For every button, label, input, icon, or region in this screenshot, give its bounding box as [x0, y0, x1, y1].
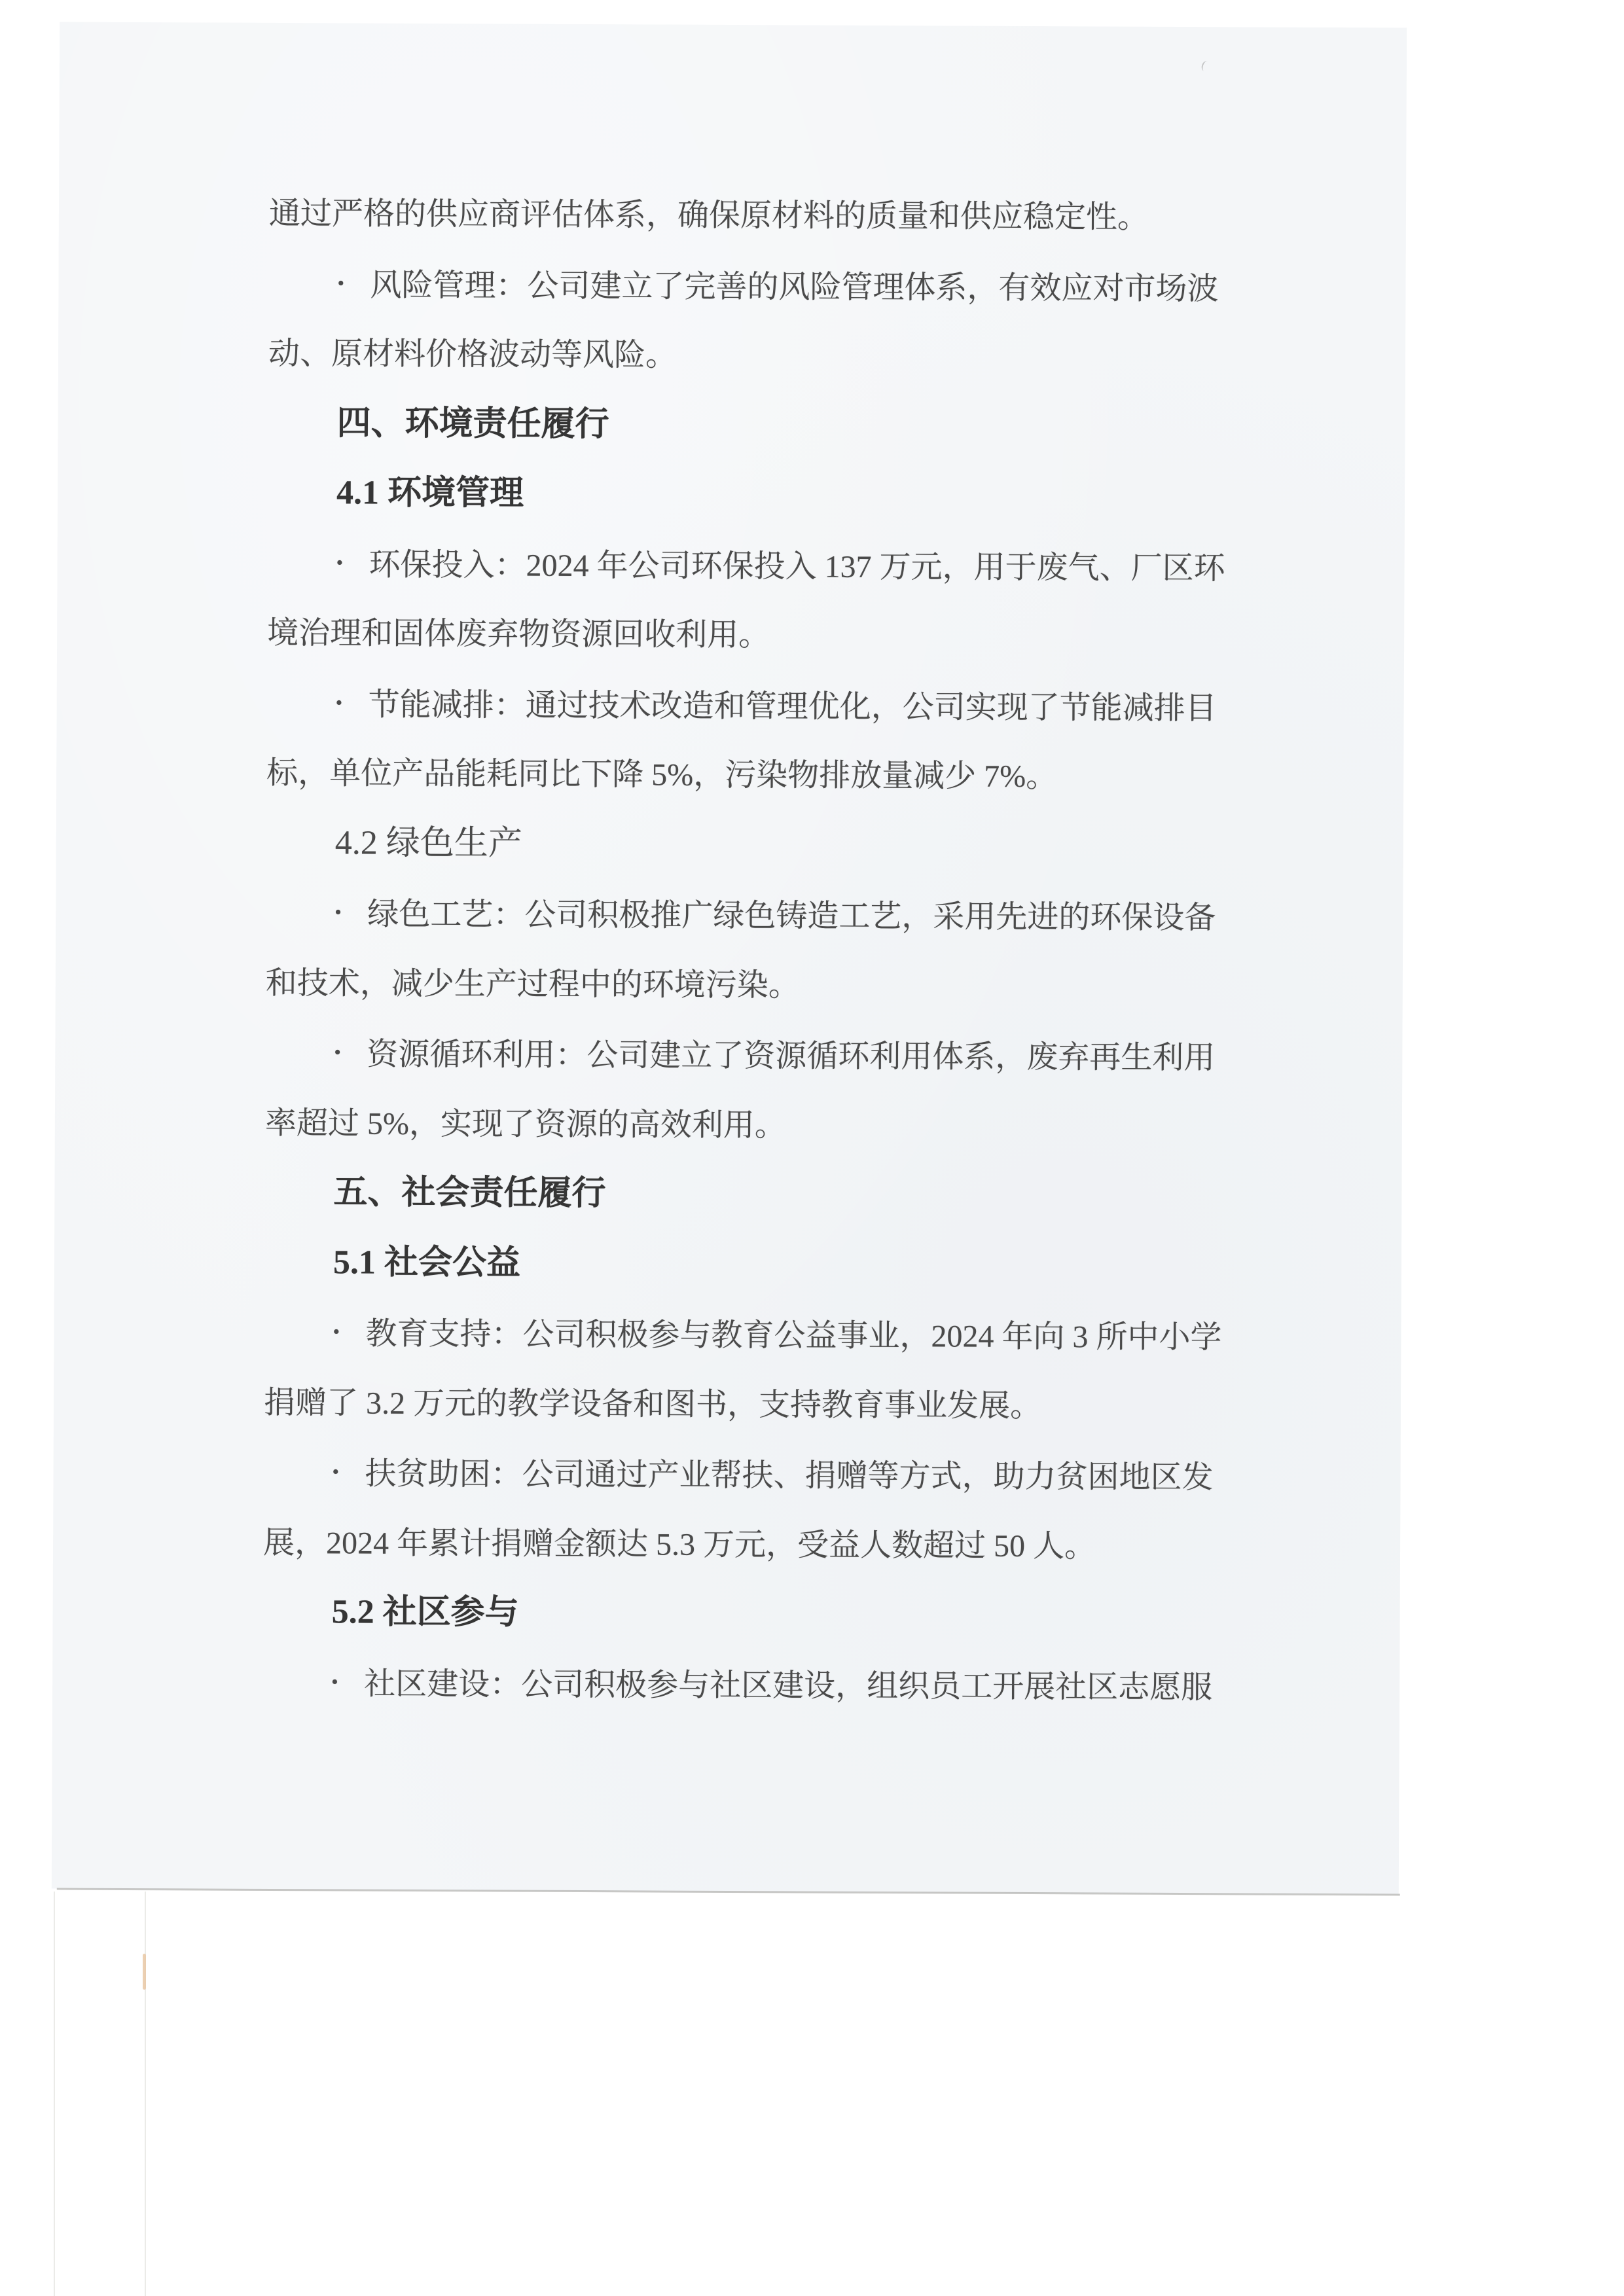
- line-text: 5.2 社区参与: [332, 1593, 519, 1631]
- text-line: 5.2 社区参与: [262, 1577, 1284, 1651]
- line-text: 社区建设：公司积极参与社区建设，组织员工开展社区志愿服: [364, 1666, 1212, 1705]
- text-line: 境治理和固体废弃物资源回收利用。: [267, 599, 1288, 672]
- text-line: •扶贫助困：公司通过产业帮扶、捐赠等方式，助力贫困地区发: [263, 1437, 1284, 1513]
- bullet-marker: •: [331, 1647, 364, 1717]
- line-text: 节能减排：通过技术改造和管理优化，公司实现了节能减排目: [369, 687, 1217, 726]
- text-line: •资源循环利用：公司建立了资源循环利用体系，废弃再生利用: [265, 1018, 1286, 1093]
- document-text-block: 通过严格的供应商评估体系，确保原材料的质量和供应稳定性。•风险管理：公司建立了完…: [262, 179, 1290, 1723]
- line-text: 通过严格的供应商评估体系，确保原材料的质量和供应稳定性。: [269, 196, 1149, 235]
- text-line: 动、原材料价格波动等风险。: [268, 319, 1290, 393]
- text-line: •绿色工艺：公司积极推广绿色铸造工艺，采用先进的环保设备: [266, 878, 1287, 953]
- text-line: •社区建设：公司积极参与社区建设，组织员工开展社区志愿服: [262, 1647, 1284, 1722]
- line-text: 境治理和固体废弃物资源回收利用。: [267, 616, 770, 653]
- bullet-marker: •: [334, 878, 367, 947]
- text-line: •教育支持：公司积极参与教育公益事业，2024 年向 3 所中小学: [264, 1297, 1285, 1372]
- scan-speck: [1200, 60, 1211, 73]
- text-line: 4.1 环境管理: [268, 458, 1289, 532]
- line-text: 扶贫助困：公司通过产业帮扶、捐赠等方式，助力贫困地区发: [365, 1457, 1213, 1496]
- bullet-marker: •: [336, 528, 369, 598]
- text-line: 5.1 社会公益: [264, 1227, 1286, 1301]
- document-page: 通过严格的供应商评估体系，确保原材料的质量和供应稳定性。•风险管理：公司建立了完…: [52, 22, 1407, 1895]
- scanner-streak-left: [54, 1892, 55, 2296]
- text-line: 和技术，减少生产过程中的环境污染。: [266, 948, 1287, 1022]
- bullet-marker: •: [335, 668, 368, 738]
- line-text: 4.2 绿色生产: [335, 824, 522, 862]
- bullet-marker: •: [332, 1437, 365, 1507]
- line-text: 和技术，减少生产过程中的环境污染。: [266, 965, 800, 1003]
- text-line: 4.2 绿色生产: [266, 808, 1288, 882]
- line-text: 5.1 社会公益: [333, 1244, 520, 1282]
- line-text: 展，2024 年累计捐赠金额达 5.3 万元，受益人数超过 50 人。: [263, 1525, 1096, 1564]
- text-line: 通过严格的供应商评估体系，确保原材料的质量和供应稳定性。: [269, 179, 1290, 253]
- line-text: 动、原材料价格波动等风险。: [268, 336, 677, 373]
- text-line: •节能减排：通过技术改造和管理优化，公司实现了节能减排目: [266, 668, 1288, 743]
- text-line: •环保投入：2024 年公司环保投入 137 万元，用于废气、厂区环: [267, 528, 1288, 603]
- line-text: 捐赠了 3.2 万元的教学设备和图书，支持教育事业发展。: [264, 1385, 1041, 1423]
- text-line: 捐赠了 3.2 万元的教学设备和图书，支持教育事业发展。: [264, 1368, 1285, 1441]
- scanner-color-mark: [143, 1954, 146, 1990]
- line-text: 4.1 环境管理: [336, 474, 524, 512]
- text-line: 率超过 5%，实现了资源的高效利用。: [265, 1088, 1286, 1162]
- line-text: 教育支持：公司积极参与教育公益事业，2024 年向 3 所中小学: [365, 1317, 1221, 1355]
- line-text: 绿色工艺：公司积极推广绿色铸造工艺，采用先进的环保设备: [367, 897, 1216, 936]
- text-line: 四、环境责任履行: [268, 388, 1289, 462]
- text-line: 标，单位产品能耗同比下降 5%，污染物排放量减少 7%。: [266, 739, 1288, 812]
- bullet-marker: •: [333, 1297, 365, 1367]
- line-text: 标，单位产品能耗同比下降 5%，污染物排放量减少 7%。: [266, 756, 1057, 794]
- line-text: 五、社会责任履行: [333, 1174, 605, 1212]
- text-line: 展，2024 年累计捐赠金额达 5.3 万元，受益人数超过 50 人。: [263, 1508, 1284, 1581]
- scanner-streak-inner: [145, 1892, 146, 2296]
- bullet-marker: •: [334, 1018, 367, 1087]
- line-text: 资源循环利用：公司建立了资源循环利用体系，废弃再生利用: [367, 1037, 1215, 1076]
- text-line: •风险管理：公司建立了完善的风险管理体系，有效应对市场波: [268, 248, 1290, 323]
- scanned-page-image: 通过严格的供应商评估体系，确保原材料的质量和供应稳定性。•风险管理：公司建立了完…: [0, 0, 1624, 2296]
- line-text: 率超过 5%，实现了资源的高效利用。: [265, 1105, 786, 1142]
- line-text: 四、环境责任履行: [336, 404, 609, 443]
- line-text: 环保投入：2024 年公司环保投入 137 万元，用于废气、厂区环: [369, 547, 1225, 586]
- line-text: 风险管理：公司建立了完善的风险管理体系，有效应对市场波: [370, 268, 1218, 306]
- text-line: 五、社会责任履行: [264, 1158, 1286, 1232]
- bullet-marker: •: [337, 249, 370, 318]
